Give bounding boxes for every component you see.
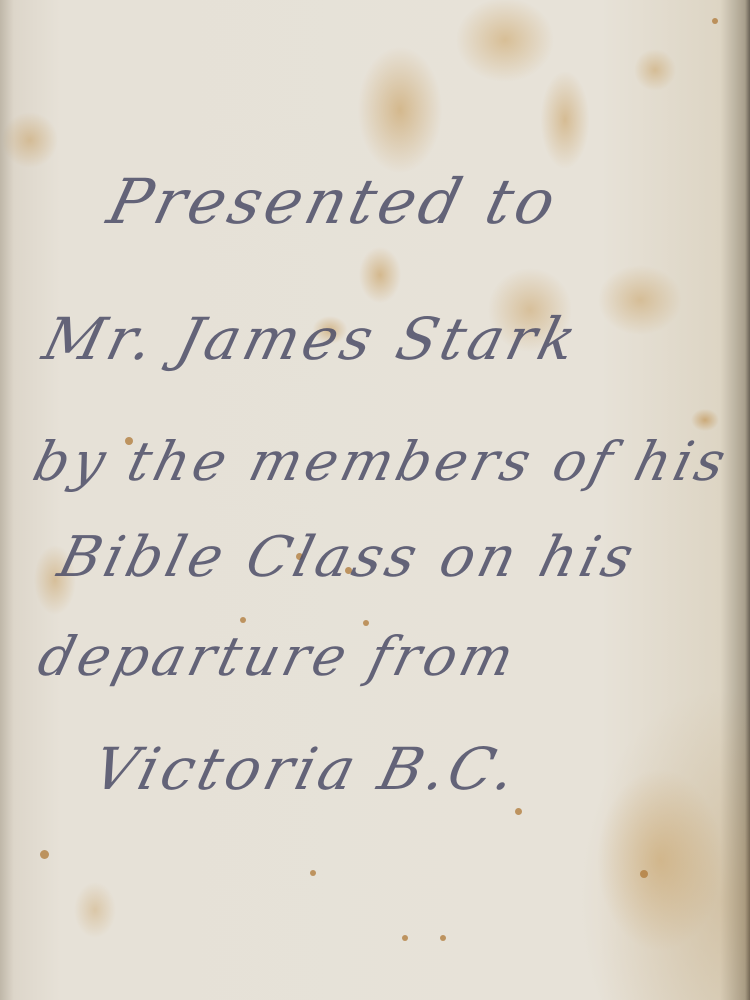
inscription-line-place: Victoria B.C.: [87, 735, 527, 803]
inscription-line-by-members: by the members of his: [27, 430, 736, 493]
inscription-line-bible-class: Bible Class on his: [52, 525, 644, 590]
inscription-line-presented-to: Presented to: [101, 165, 567, 238]
inscription-line-recipient: Mr. James Stark: [37, 305, 587, 373]
handwritten-inscription: Presented to Mr. James Stark by the memb…: [0, 0, 750, 1000]
inscription-line-departure: departure from: [32, 625, 524, 688]
